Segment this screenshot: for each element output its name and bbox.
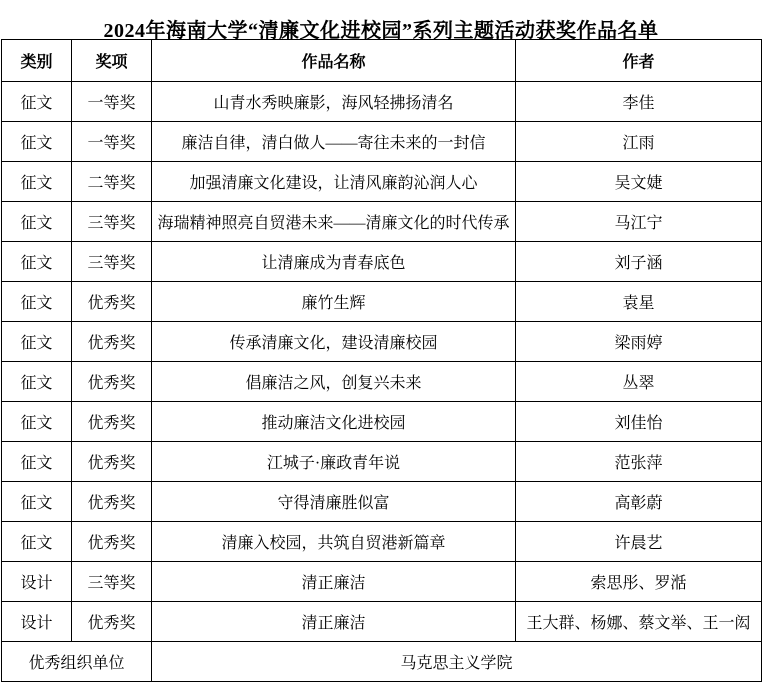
table-body: 征文一等奖山青水秀映廉影，海风轻拂扬清名李佳征文一等奖廉洁自律，清白做人——寄往… bbox=[2, 82, 762, 642]
cell-work-title: 清廉入校园，共筑自贸港新篇章 bbox=[152, 522, 516, 562]
header-row: 类别 奖项 作品名称 作者 bbox=[2, 40, 762, 82]
cell-category: 征文 bbox=[2, 82, 72, 122]
cell-category: 征文 bbox=[2, 122, 72, 162]
cell-award: 优秀奖 bbox=[72, 522, 152, 562]
table-header: 类别 奖项 作品名称 作者 bbox=[2, 40, 762, 82]
cell-category: 征文 bbox=[2, 522, 72, 562]
cell-award: 优秀奖 bbox=[72, 402, 152, 442]
table-row: 设计三等奖清正廉洁索思彤、罗湉 bbox=[2, 562, 762, 602]
cell-work-title: 廉竹生辉 bbox=[152, 282, 516, 322]
cell-author: 袁星 bbox=[516, 282, 762, 322]
cell-category: 征文 bbox=[2, 242, 72, 282]
cell-award: 三等奖 bbox=[72, 202, 152, 242]
table-row: 征文优秀奖清廉入校园，共筑自贸港新篇章许晨艺 bbox=[2, 522, 762, 562]
cell-award: 三等奖 bbox=[72, 242, 152, 282]
cell-work-title: 传承清廉文化，建设清廉校园 bbox=[152, 322, 516, 362]
cell-category: 征文 bbox=[2, 162, 72, 202]
cell-work-title: 海瑞精神照亮自贸港未来——清廉文化的时代传承 bbox=[152, 202, 516, 242]
cell-work-title: 清正廉洁 bbox=[152, 562, 516, 602]
cell-work-title: 守得清廉胜似富 bbox=[152, 482, 516, 522]
cell-author: 索思彤、罗湉 bbox=[516, 562, 762, 602]
table-row: 征文优秀奖推动廉洁文化进校园刘佳怡 bbox=[2, 402, 762, 442]
table-row: 征文三等奖海瑞精神照亮自贸港未来——清廉文化的时代传承马江宁 bbox=[2, 202, 762, 242]
cell-award: 三等奖 bbox=[72, 562, 152, 602]
awards-table: 类别 奖项 作品名称 作者 征文一等奖山青水秀映廉影，海风轻拂扬清名李佳征文一等… bbox=[1, 39, 762, 682]
table-row: 征文优秀奖倡廉洁之风，创复兴未来丛翠 bbox=[2, 362, 762, 402]
cell-work-title: 让清廉成为青春底色 bbox=[152, 242, 516, 282]
cell-author: 范张萍 bbox=[516, 442, 762, 482]
table-row: 征文三等奖让清廉成为青春底色刘子涵 bbox=[2, 242, 762, 282]
table-footer: 优秀组织单位 马克思主义学院 bbox=[2, 642, 762, 682]
cell-author: 丛翠 bbox=[516, 362, 762, 402]
table-row: 征文一等奖廉洁自律，清白做人——寄往未来的一封信江雨 bbox=[2, 122, 762, 162]
header-author: 作者 bbox=[516, 40, 762, 82]
cell-author: 许晨艺 bbox=[516, 522, 762, 562]
header-work-title: 作品名称 bbox=[152, 40, 516, 82]
cell-author: 马江宁 bbox=[516, 202, 762, 242]
table-row: 设计优秀奖清正廉洁王大群、杨娜、蔡文举、王一闳 bbox=[2, 602, 762, 642]
cell-award: 优秀奖 bbox=[72, 442, 152, 482]
header-category: 类别 bbox=[2, 40, 72, 82]
table-row: 征文优秀奖江城子·廉政青年说范张萍 bbox=[2, 442, 762, 482]
header-award: 奖项 bbox=[72, 40, 152, 82]
cell-category: 征文 bbox=[2, 322, 72, 362]
cell-category: 征文 bbox=[2, 282, 72, 322]
table-row: 征文一等奖山青水秀映廉影，海风轻拂扬清名李佳 bbox=[2, 82, 762, 122]
footer-value: 马克思主义学院 bbox=[152, 642, 762, 682]
cell-work-title: 江城子·廉政青年说 bbox=[152, 442, 516, 482]
cell-category: 设计 bbox=[2, 602, 72, 642]
cell-work-title: 推动廉洁文化进校园 bbox=[152, 402, 516, 442]
footer-label: 优秀组织单位 bbox=[2, 642, 152, 682]
cell-author: 李佳 bbox=[516, 82, 762, 122]
cell-award: 优秀奖 bbox=[72, 482, 152, 522]
cell-award: 优秀奖 bbox=[72, 602, 152, 642]
cell-work-title: 山青水秀映廉影，海风轻拂扬清名 bbox=[152, 82, 516, 122]
table-row: 征文优秀奖传承清廉文化，建设清廉校园梁雨婷 bbox=[2, 322, 762, 362]
cell-work-title: 清正廉洁 bbox=[152, 602, 516, 642]
cell-category: 征文 bbox=[2, 202, 72, 242]
cell-author: 王大群、杨娜、蔡文举、王一闳 bbox=[516, 602, 762, 642]
table-row: 征文优秀奖廉竹生辉袁星 bbox=[2, 282, 762, 322]
cell-award: 优秀奖 bbox=[72, 322, 152, 362]
cell-work-title: 廉洁自律，清白做人——寄往未来的一封信 bbox=[152, 122, 516, 162]
cell-author: 吴文婕 bbox=[516, 162, 762, 202]
cell-work-title: 加强清廉文化建设，让清风廉韵沁润人心 bbox=[152, 162, 516, 202]
cell-author: 高彰蔚 bbox=[516, 482, 762, 522]
cell-award: 优秀奖 bbox=[72, 362, 152, 402]
cell-category: 征文 bbox=[2, 402, 72, 442]
cell-category: 设计 bbox=[2, 562, 72, 602]
cell-author: 刘子涵 bbox=[516, 242, 762, 282]
footer-row: 优秀组织单位 马克思主义学院 bbox=[2, 642, 762, 682]
cell-author: 江雨 bbox=[516, 122, 762, 162]
cell-category: 征文 bbox=[2, 442, 72, 482]
cell-work-title: 倡廉洁之风，创复兴未来 bbox=[152, 362, 516, 402]
cell-category: 征文 bbox=[2, 482, 72, 522]
cell-author: 刘佳怡 bbox=[516, 402, 762, 442]
cell-award: 一等奖 bbox=[72, 82, 152, 122]
cell-award: 二等奖 bbox=[72, 162, 152, 202]
cell-award: 优秀奖 bbox=[72, 282, 152, 322]
cell-category: 征文 bbox=[2, 362, 72, 402]
cell-author: 梁雨婷 bbox=[516, 322, 762, 362]
table-row: 征文优秀奖守得清廉胜似富高彰蔚 bbox=[2, 482, 762, 522]
table-row: 征文二等奖加强清廉文化建设，让清风廉韵沁润人心吴文婕 bbox=[2, 162, 762, 202]
page-title: 2024年海南大学“清廉文化进校园”系列主题活动获奖作品名单 bbox=[0, 0, 762, 39]
cell-award: 一等奖 bbox=[72, 122, 152, 162]
document-page: 2024年海南大学“清廉文化进校园”系列主题活动获奖作品名单 类别 奖项 作品名… bbox=[0, 0, 762, 696]
